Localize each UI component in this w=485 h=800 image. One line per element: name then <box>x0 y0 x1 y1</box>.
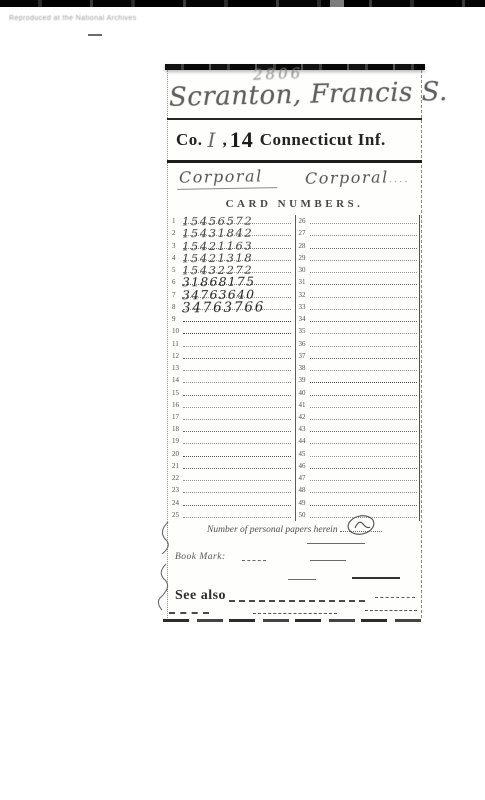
dotted-leader <box>183 346 291 347</box>
card-number-row: 46 <box>297 460 421 472</box>
dotted-leader <box>310 309 418 310</box>
row-number: 49 <box>299 500 310 509</box>
regiment-name: Connecticut Inf. <box>260 130 386 150</box>
dotted-leader <box>183 321 291 322</box>
card-number-row: 29 <box>297 252 421 264</box>
dotted-leader <box>183 517 291 518</box>
personal-papers-label: Number of personal papers herein <box>207 525 338 535</box>
row-number: 28 <box>299 243 310 252</box>
row-number: 48 <box>299 487 310 496</box>
row-number: 22 <box>172 475 183 484</box>
dotted-leader <box>183 456 291 457</box>
card-number-row: 39 <box>297 374 421 386</box>
row-number: 35 <box>299 328 310 337</box>
row-number: 16 <box>172 402 183 411</box>
card-bottom-edge <box>163 619 427 622</box>
row-number: 33 <box>299 304 310 313</box>
row-number: 37 <box>299 353 310 362</box>
card-number-row: 18 <box>170 423 294 435</box>
scribble-mark <box>345 512 379 540</box>
card-number-row: 27 <box>297 227 421 239</box>
card-number-row: 23 <box>170 484 294 496</box>
dotted-leader <box>310 456 418 457</box>
blank-line <box>352 577 400 579</box>
dotted-leader <box>183 431 291 432</box>
blank-line <box>169 612 209 614</box>
card-number-row: 15 <box>170 386 294 398</box>
soldier-name: Scranton, Francis S. <box>169 77 422 112</box>
row-number: 32 <box>299 292 310 301</box>
dotted-leader <box>310 480 418 481</box>
card-number-row: 834763766 <box>170 301 294 313</box>
row-number: 45 <box>299 451 310 460</box>
rank-handwritten-right: Corporal <box>305 167 410 188</box>
card-number-row: 28 <box>297 239 421 251</box>
row-number: 34 <box>299 316 310 325</box>
card-number-row: 42 <box>297 411 421 423</box>
card-numbers-grid: 1154565722154318423154211634154213185154… <box>170 215 420 521</box>
card-number-row: 32 <box>297 288 421 300</box>
dotted-leader <box>310 333 418 334</box>
card-number-row: 38 <box>297 362 421 374</box>
card-number-row: 43 <box>297 423 421 435</box>
card-number-row: 47 <box>297 472 421 484</box>
blank-line <box>365 610 417 611</box>
dotted-leader <box>183 492 291 493</box>
row-number: 17 <box>172 414 183 423</box>
dotted-leader <box>310 248 418 249</box>
dotted-leader <box>183 333 291 334</box>
dotted-leader <box>310 419 418 420</box>
row-number: 9 <box>172 316 183 325</box>
row-number: 21 <box>172 463 183 472</box>
card-number-row: 21 <box>170 460 294 472</box>
card-number-row: 33 <box>297 301 421 313</box>
dotted-leader <box>310 346 418 347</box>
row-number: 39 <box>299 377 310 386</box>
card-number-row: 9 <box>170 313 294 325</box>
blank-line <box>288 579 316 580</box>
row-number: 42 <box>299 414 310 423</box>
row-number: 11 <box>172 341 183 350</box>
see-also-blank-line <box>229 600 365 602</box>
dotted-leader <box>183 382 291 383</box>
stray-pen-mark <box>88 34 102 36</box>
dotted-leader <box>310 492 418 493</box>
card-number-row: 25 <box>170 509 294 521</box>
dotted-leader <box>183 395 291 396</box>
card-number-row: 30 <box>297 264 421 276</box>
service-record-card: 2806 Scranton, Francis S. Co. I , 14 Con… <box>167 64 423 622</box>
rank-line: Corporal Corporal <box>167 165 422 193</box>
row-number: 40 <box>299 390 310 399</box>
dotted-leader <box>310 407 418 408</box>
card-number-row: 37 <box>297 350 421 362</box>
row-number: 41 <box>299 402 310 411</box>
book-mark-label: Book Mark: <box>175 552 226 562</box>
card-number-row: 49 <box>297 496 421 508</box>
row-number: 46 <box>299 463 310 472</box>
scan-edge-bar <box>0 0 485 7</box>
row-number: 30 <box>299 267 310 276</box>
archives-watermark: Reproduced at the National Archives <box>9 15 137 22</box>
card-number-row: 22 <box>170 472 294 484</box>
card-number-row: 45 <box>297 447 421 459</box>
rank-handwritten-left: Corporal <box>177 166 277 190</box>
unit-comma: , <box>222 130 226 150</box>
dotted-leader <box>183 407 291 408</box>
dotted-leader <box>310 272 418 273</box>
dotted-leader <box>183 468 291 469</box>
dotted-leader <box>310 223 418 224</box>
personal-papers-line: Number of personal papers herein <box>167 525 422 535</box>
row-number: 24 <box>172 500 183 509</box>
card-number-row: 16 <box>170 399 294 411</box>
card-number-row: 36 <box>297 337 421 349</box>
dotted-leader <box>310 468 418 469</box>
row-number: 29 <box>299 255 310 264</box>
dotted-leader <box>310 321 418 322</box>
grid-column-right: 2627282930313233343536373839404142434445… <box>297 215 421 521</box>
card-number-row: 11 <box>170 337 294 349</box>
row-number: 13 <box>172 365 183 374</box>
card-number-row: 215431842 <box>170 227 294 239</box>
card-number-row: 34 <box>297 313 421 325</box>
card-number-row: 35 <box>297 325 421 337</box>
see-also-label: See also <box>175 588 226 604</box>
row-number: 10 <box>172 328 183 337</box>
dotted-leader <box>183 370 291 371</box>
company-label: Co. <box>176 130 203 150</box>
blank-line <box>375 597 415 598</box>
card-number-row: 12 <box>170 350 294 362</box>
dotted-leader <box>183 358 291 359</box>
section-title: CARD NUMBERS. <box>167 198 422 210</box>
pen-squiggle <box>154 520 176 612</box>
regiment-number: 14 <box>230 127 254 153</box>
grid-column-left: 1154565722154318423154211634154213185154… <box>170 215 294 521</box>
unit-line: Co. I , 14 Connecticut Inf. <box>167 118 422 163</box>
blank-line <box>307 543 365 544</box>
company-letter-handwritten: I <box>208 128 216 152</box>
dotted-leader <box>310 395 418 396</box>
row-number: 23 <box>172 487 183 496</box>
scanned-document-page: { "scan": { "watermark": "Reproduced at … <box>0 0 485 800</box>
blank-line <box>242 560 266 561</box>
card-number-row: 26 <box>297 215 421 227</box>
card-number-row: 14 <box>170 374 294 386</box>
dotted-leader <box>183 419 291 420</box>
card-number-row: 40 <box>297 386 421 398</box>
row-number: 19 <box>172 438 183 447</box>
card-number-row: 44 <box>297 435 421 447</box>
blank-line <box>310 560 346 561</box>
dotted-leader <box>310 358 418 359</box>
blank-line <box>253 613 337 614</box>
row-number: 15 <box>172 390 183 399</box>
row-number: 27 <box>299 230 310 239</box>
row-number: 14 <box>172 377 183 386</box>
card-number-row: 19 <box>170 435 294 447</box>
dotted-leader <box>310 235 418 236</box>
dotted-leader <box>183 505 291 506</box>
dotted-leader <box>310 382 418 383</box>
dotted-leader <box>183 480 291 481</box>
row-number: 43 <box>299 426 310 435</box>
row-number: 47 <box>299 475 310 484</box>
row-number: 26 <box>299 218 310 227</box>
row-number: 12 <box>172 353 183 362</box>
dotted-leader <box>310 284 418 285</box>
card-number-row: 24 <box>170 496 294 508</box>
card-number-row: 31 <box>297 276 421 288</box>
dotted-leader <box>310 370 418 371</box>
card-number-row: 17 <box>170 411 294 423</box>
row-number: 31 <box>299 279 310 288</box>
grid-column-divider <box>295 215 296 521</box>
dotted-leader <box>310 505 418 506</box>
row-number: 18 <box>172 426 183 435</box>
row-number: 50 <box>299 512 310 521</box>
dotted-leader <box>310 431 418 432</box>
card-number-row: 13 <box>170 362 294 374</box>
card-number-row: 41 <box>297 399 421 411</box>
row-number: 38 <box>299 365 310 374</box>
dotted-leader <box>310 443 418 444</box>
card-number-row: 48 <box>297 484 421 496</box>
dotted-leader <box>183 443 291 444</box>
row-number: 36 <box>299 341 310 350</box>
row-number: 44 <box>299 438 310 447</box>
grid-right-border <box>419 215 420 521</box>
row-number: 20 <box>172 451 183 460</box>
card-number-row: 10 <box>170 325 294 337</box>
card-number-row: 734763640 <box>170 288 294 300</box>
dotted-leader <box>310 297 418 298</box>
dotted-leader <box>310 260 418 261</box>
card-number-row: 20 <box>170 447 294 459</box>
